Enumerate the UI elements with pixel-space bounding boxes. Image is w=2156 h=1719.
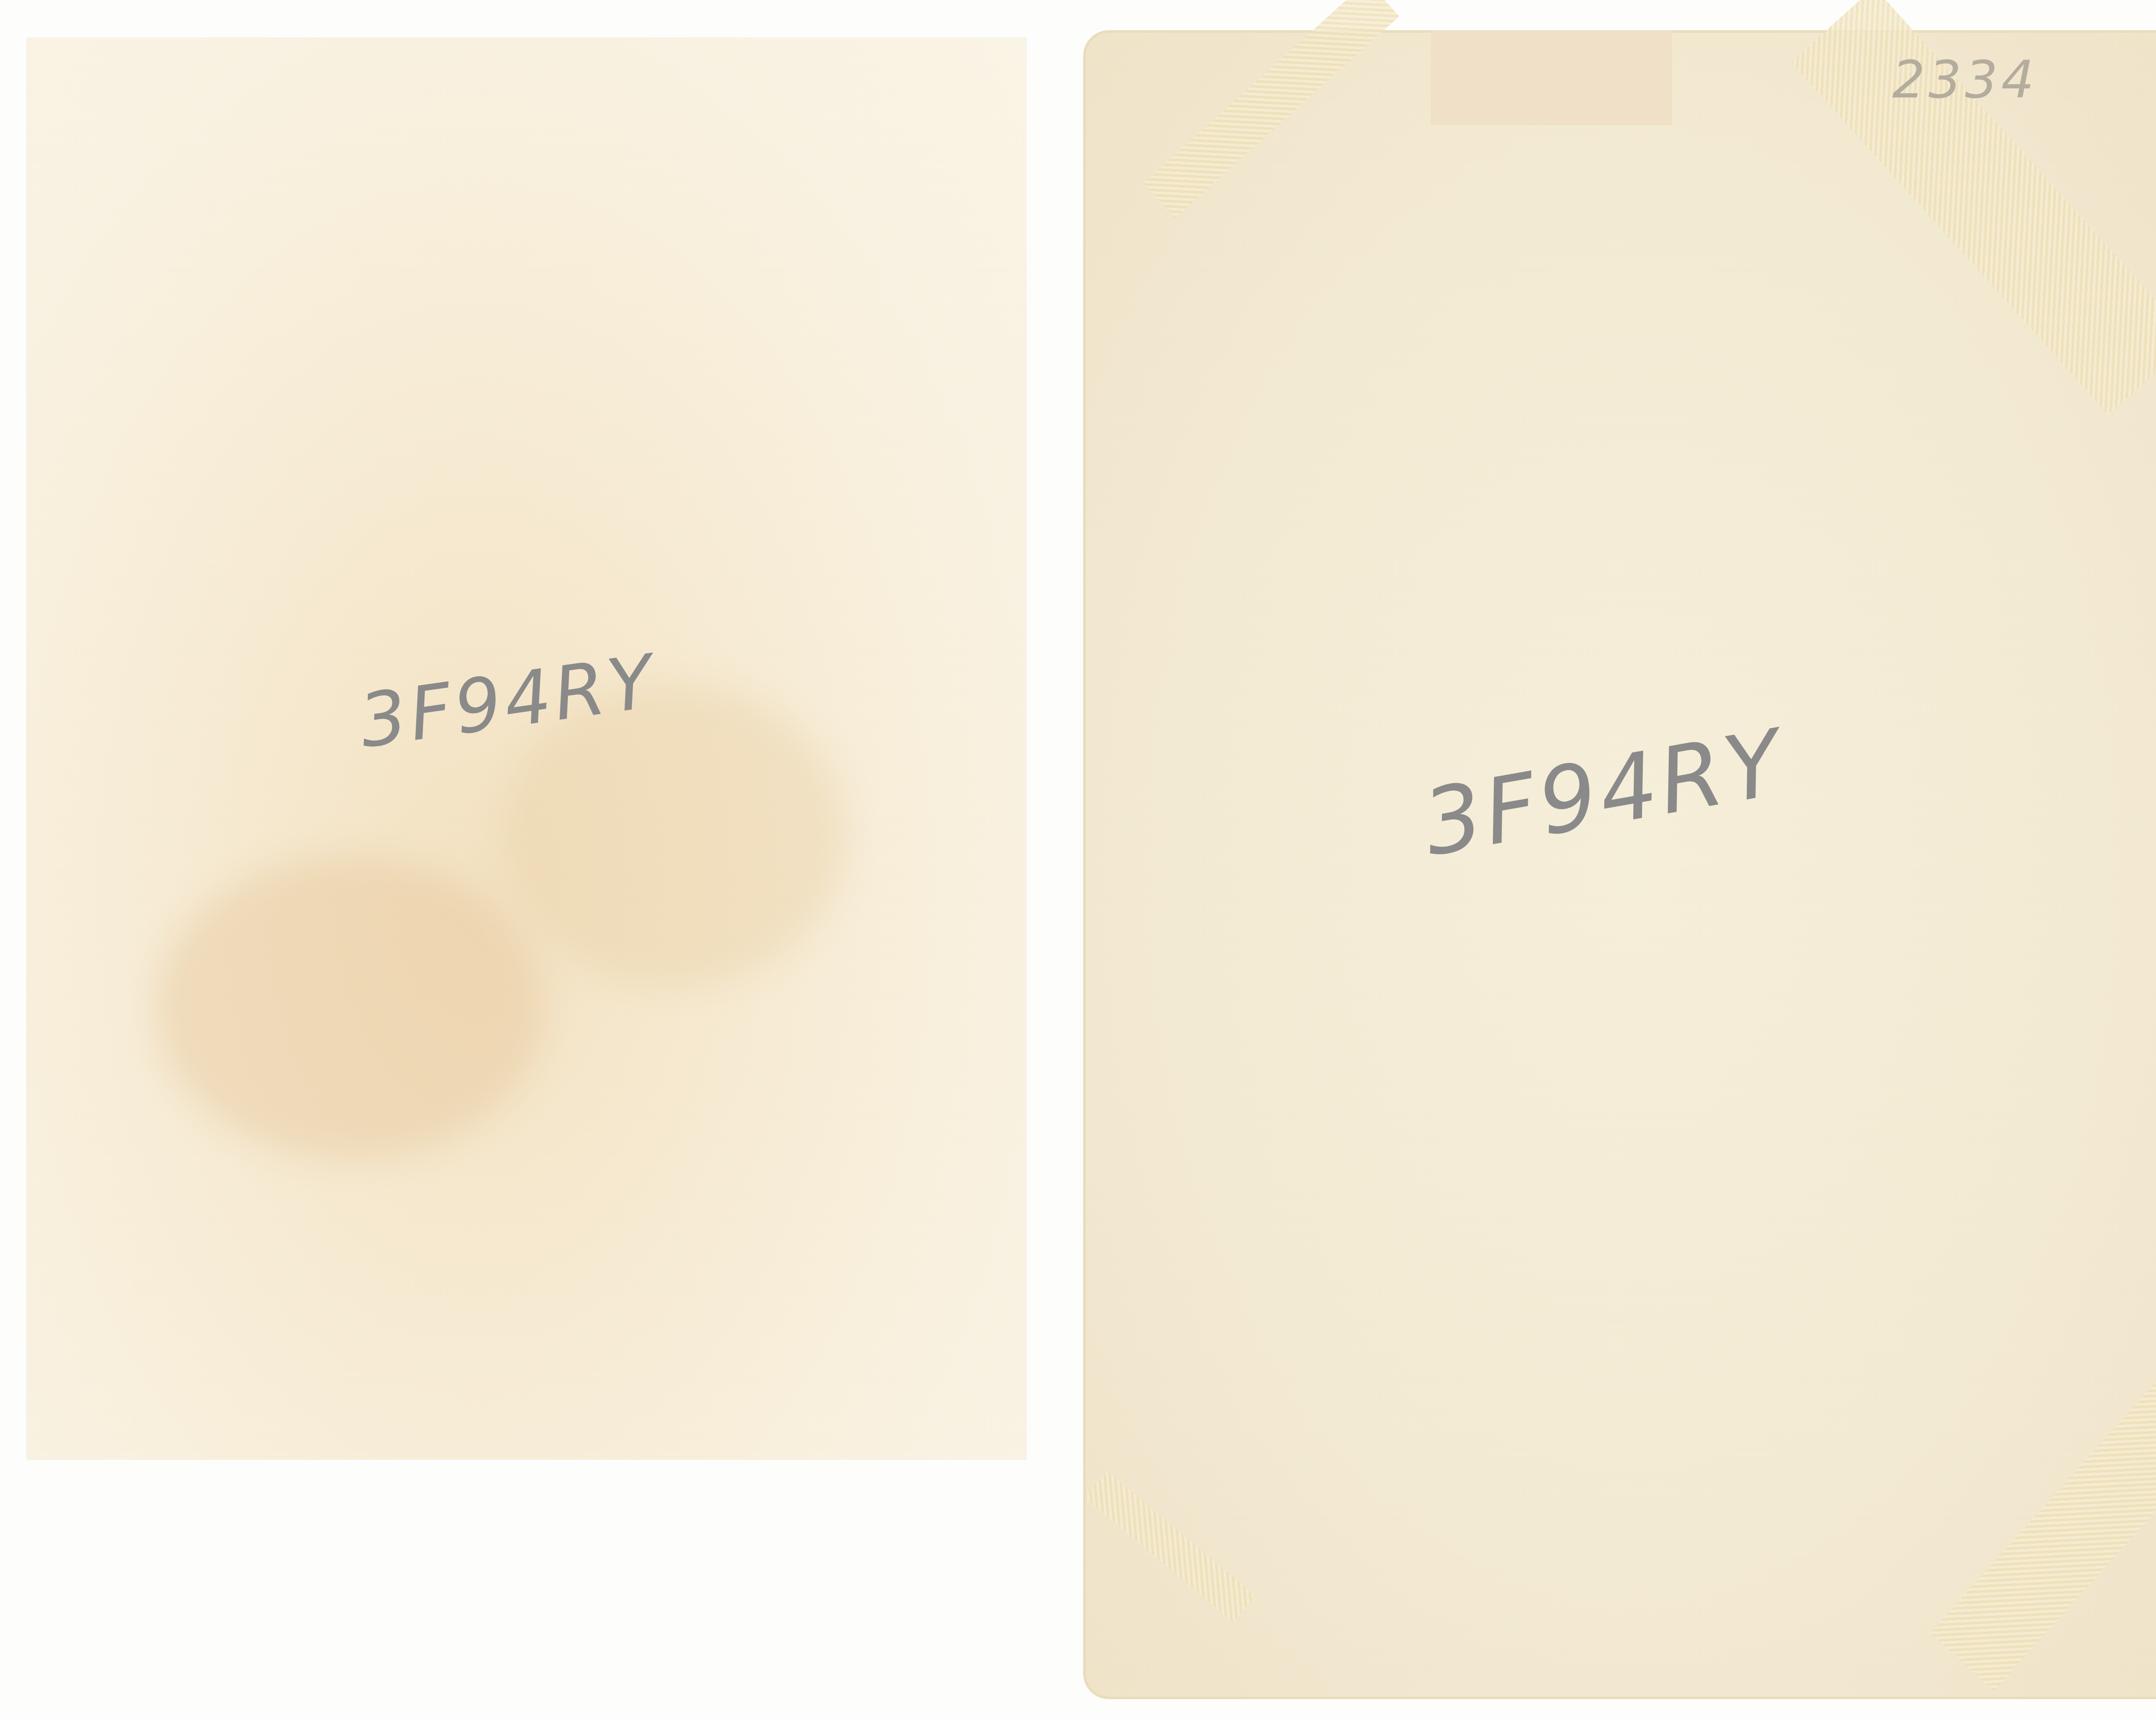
fabric-residue bbox=[1084, 1471, 1255, 1622]
right-cabinet-card-back: 2334 3F94RY bbox=[1083, 30, 2156, 1699]
age-stain bbox=[156, 857, 544, 1159]
handwritten-number: 2334 bbox=[1892, 50, 2037, 110]
fabric-residue bbox=[1143, 0, 1399, 218]
paper-residue bbox=[1431, 30, 1672, 125]
fabric-residue bbox=[1930, 1377, 2156, 1691]
left-photo-back: 3F94RY bbox=[27, 38, 1026, 1459]
handwritten-label: 3F94RY bbox=[1416, 709, 1792, 877]
